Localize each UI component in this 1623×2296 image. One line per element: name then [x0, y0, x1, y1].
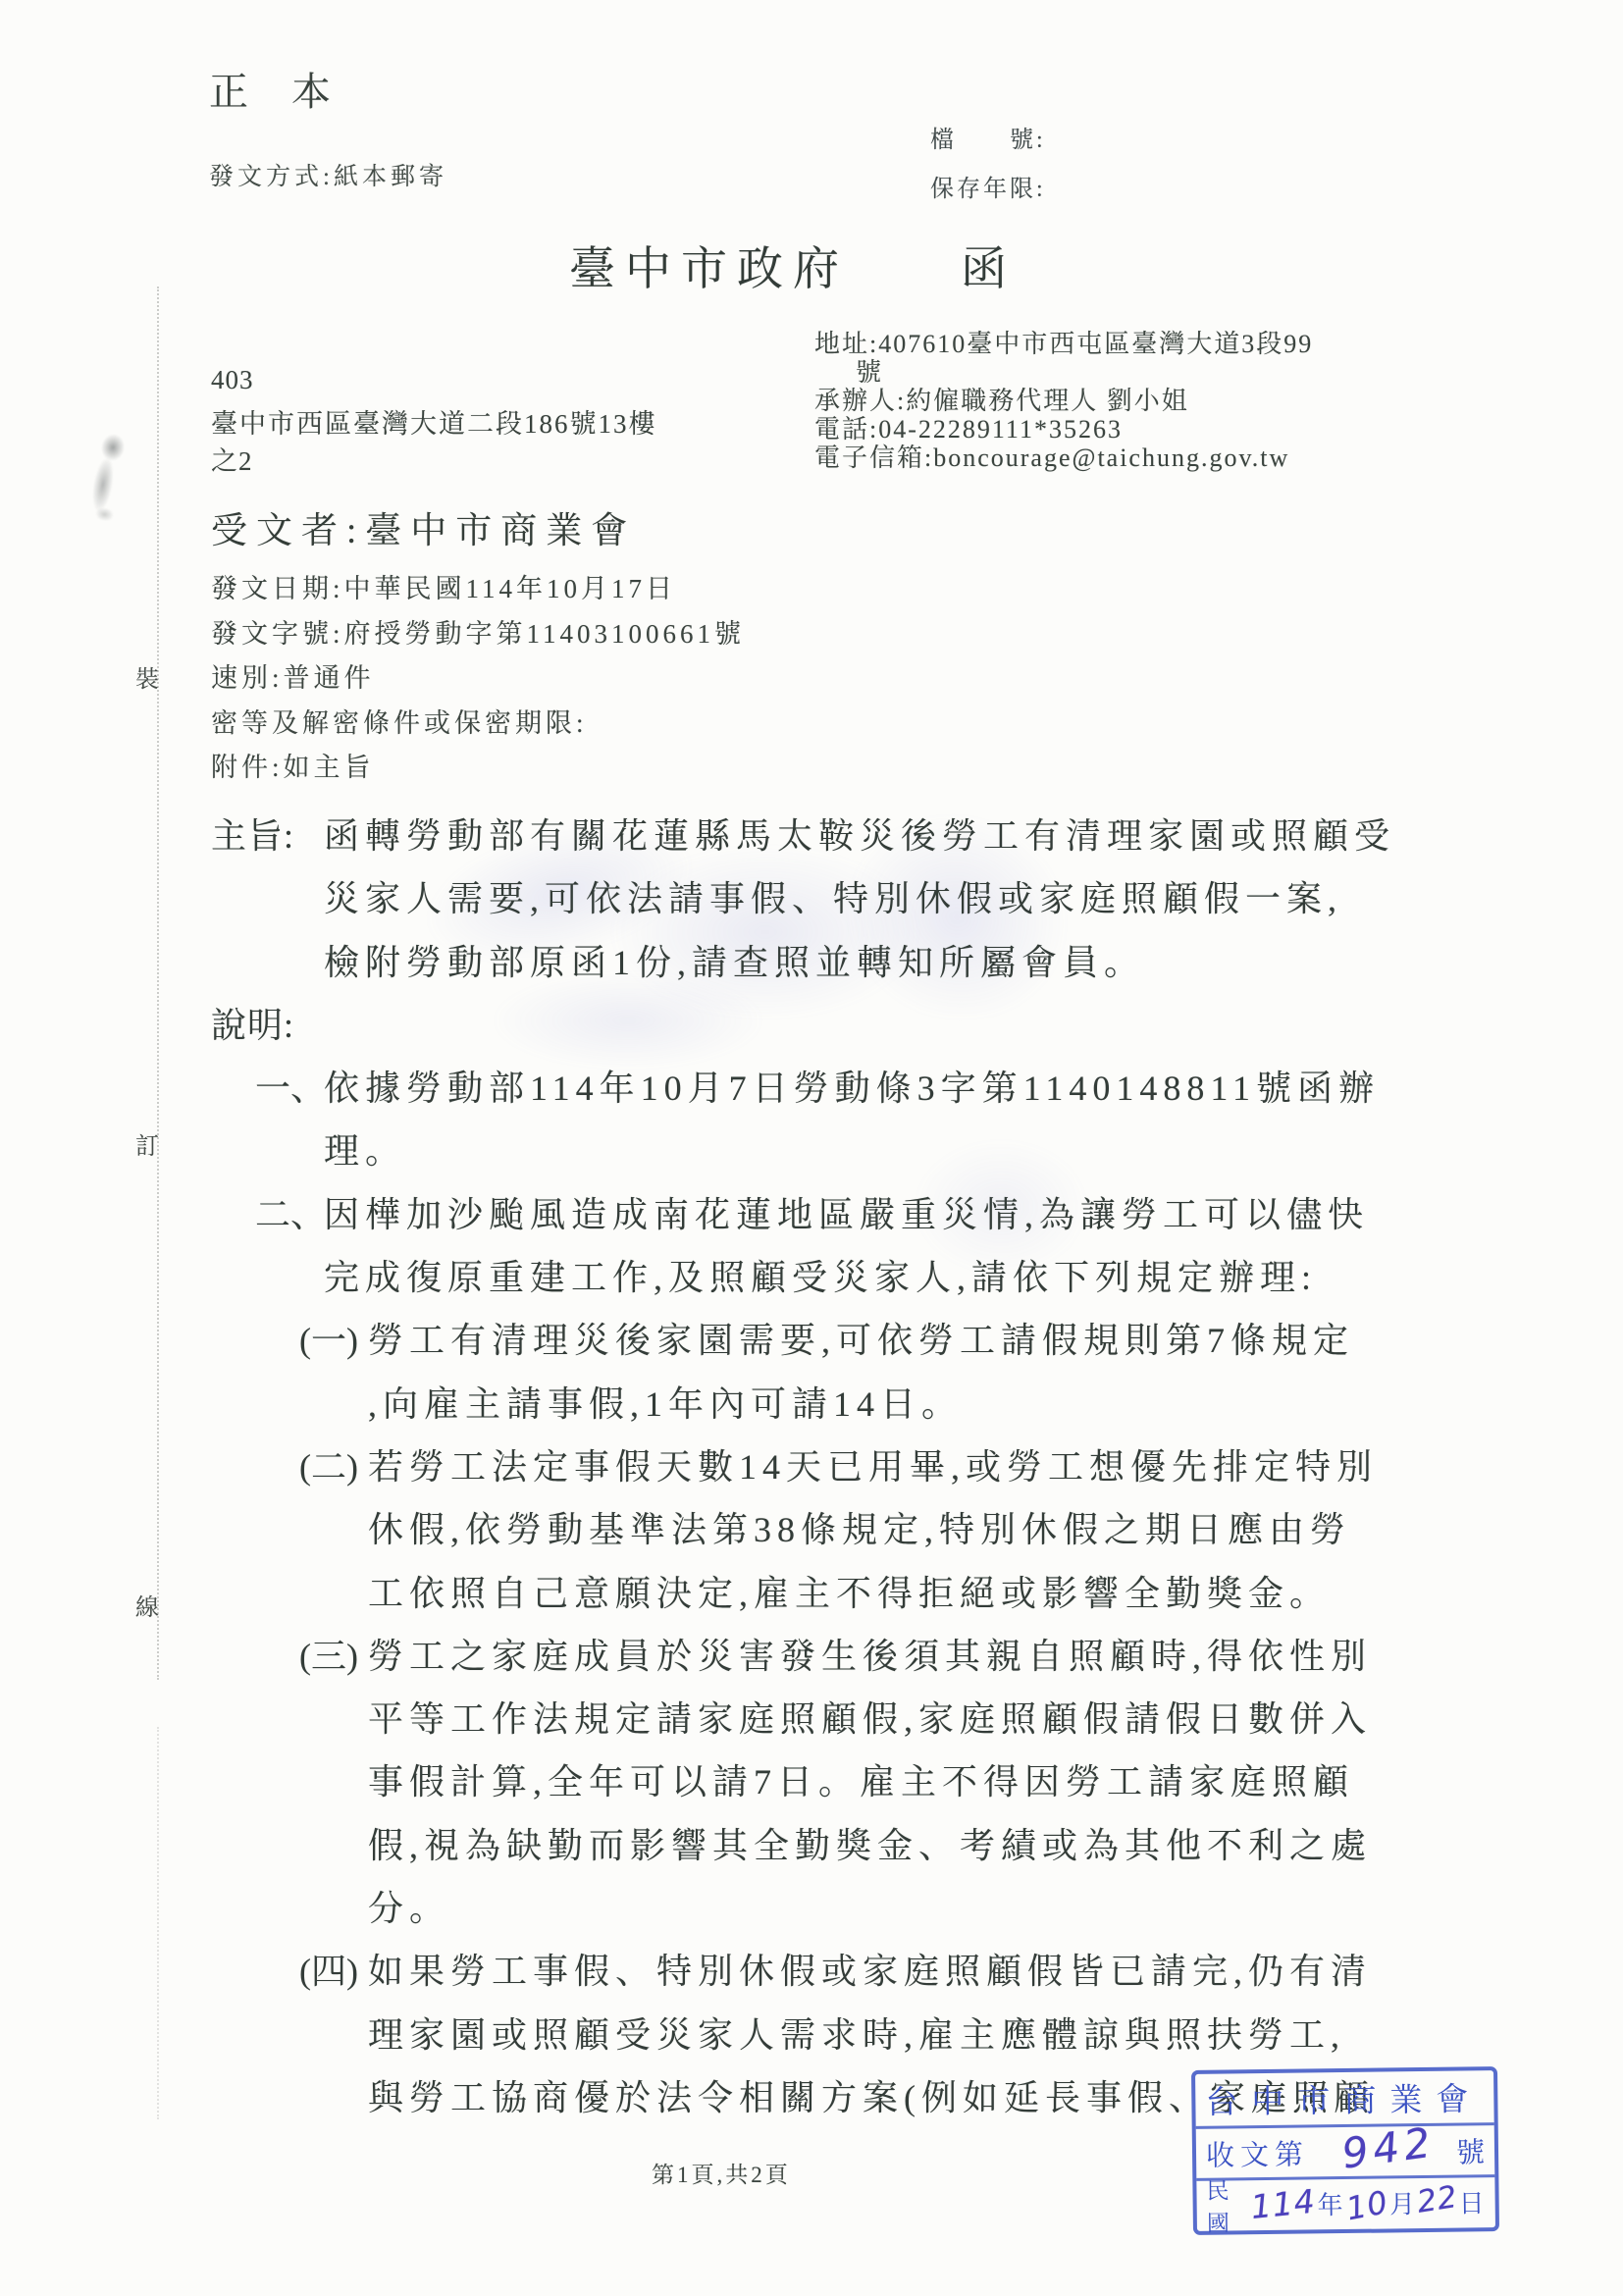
margin-mark-zhuang: 裝	[135, 659, 159, 694]
margin-mark-ding: 訂	[135, 1126, 159, 1161]
meta-priority: 速別:普通件	[211, 656, 745, 702]
list-marker: (四)	[299, 1940, 368, 2003]
document-title: 臺中市政府 函	[569, 233, 1017, 298]
recipient-zip: 403	[211, 365, 254, 395]
stamp-date-row: 民國 114 年 10 月 22 日	[1196, 2177, 1495, 2229]
sender-phone: 電話:04-22289111*35263	[814, 415, 1313, 444]
body-line: ,向雇主請事假,1年內可請14日。	[211, 1373, 1496, 1435]
body-line: 分。	[211, 1877, 1496, 1940]
document-meta-block: 發文日期:中華民國114年10月17日 發文字號:府授勞動字第114031006…	[211, 567, 745, 791]
copy-type-label: 正 本	[209, 61, 333, 117]
body-line: 理家園或照顧受災家人需求時,雇主應體諒與照扶勞工,	[211, 2004, 1496, 2066]
meta-attachment: 附件:如主旨	[211, 746, 745, 791]
sender-address-wrap: 號	[814, 358, 1313, 387]
recipient-address-line1: 臺中市西區臺灣大道二段186號13樓	[211, 402, 657, 441]
stamp-receive-suffix: 號	[1456, 2130, 1486, 2170]
body-line: 休假,依勞動基準法第38條規定,特別休假之期日應由勞	[211, 1498, 1496, 1561]
delivery-method-label: 發文方式:紙本郵寄	[209, 157, 447, 192]
sender-officer: 承辦人:約僱職務代理人 劉小姐	[814, 387, 1313, 415]
list-marker: 二、	[255, 1183, 324, 1246]
body-line: 主旨:函轉勞動部有關花蓮縣馬太鞍災後勞工有清理家園或照顧受	[211, 805, 1496, 867]
body-line: (四)如果勞工事假、特別休假或家庭照顧假皆已請完,仍有清	[211, 1940, 1496, 2003]
body-line: 完成復原重建工作,及照顧受災家人,請依下列規定辦理:	[211, 1246, 1496, 1309]
stamp-day-label: 日	[1458, 2183, 1485, 2219]
meta-issue-date: 發文日期:中華民國114年10月17日	[211, 567, 745, 612]
list-marker: (一)	[299, 1309, 368, 1372]
body-line: 平等工作法規定請家庭照顧假,家庭照顧假請假日數併入	[211, 1688, 1496, 1750]
body-line: 事假計算,全年可以請7日。雇主不得因勞工請家庭照顧	[211, 1750, 1496, 1813]
body-line: (二)若勞工法定事假天數14天已用畢,或勞工想優先排定特別	[211, 1435, 1496, 1498]
explanation-label: 說明:	[211, 994, 1496, 1057]
body-line: 二、因樺加沙颱風造成南花蓮地區嚴重災情,為讓勞工可以儘快	[211, 1183, 1496, 1246]
subject-text: 函轉勞動部有關花蓮縣馬太鞍災後勞工有清理家園或照顧受	[324, 816, 1395, 856]
list-marker: (三)	[299, 1625, 368, 1688]
letter-body: 主旨:函轉勞動部有關花蓮縣馬太鞍災後勞工有清理家園或照顧受 災家人需要,可依法請…	[211, 805, 1496, 2129]
recipient-line: 受文者:臺中市商業會	[211, 500, 636, 553]
body-line: 檢附勞動部原函1份,請查照並轉知所屬會員。	[211, 931, 1496, 994]
binding-dotted-line	[157, 1727, 159, 2119]
stamp-era-label: 民國	[1206, 2172, 1249, 2238]
scan-smudge-artifact	[83, 426, 133, 526]
recipient-address-line2: 之2	[211, 440, 253, 478]
sender-email: 電子信箱:boncourage@taichung.gov.tw	[814, 444, 1313, 472]
list-marker: (二)	[299, 1435, 368, 1498]
body-line: (三)勞工之家庭成員於災害發生後須其親自照顧時,得依性別	[211, 1625, 1496, 1688]
meta-doc-number: 發文字號:府授勞動字第11403100661號	[211, 612, 745, 657]
scanned-official-letter: 裝 訂 線 正 本 發文方式:紙本郵寄 檔 號: 保存年限: 臺中市政府 函 地…	[0, 0, 1623, 2296]
file-number-label: 檔 號:	[930, 120, 1046, 154]
stamp-year-handwritten: 114	[1249, 2182, 1318, 2226]
stamp-month-label: 月	[1389, 2184, 1416, 2220]
stamp-receive-prefix: 收文第	[1206, 2132, 1310, 2173]
body-line: 災家人需要,可依法請事假、特別休假或家庭照顧假一案,	[211, 867, 1496, 930]
margin-mark-xian: 線	[135, 1588, 159, 1622]
body-line: (一)勞工有清理災後家園需要,可依勞工請假規則第7條規定	[211, 1309, 1496, 1372]
stamp-year-label: 年	[1317, 2185, 1343, 2221]
body-line: 假,視為缺勤而影響其全勤獎金、考績或為其他不利之處	[211, 1814, 1496, 1877]
page-number-footer: 第1頁,共2頁	[652, 2157, 791, 2189]
stamp-org-row: 台中市商業會	[1195, 2070, 1494, 2129]
binding-dotted-line	[157, 287, 159, 1680]
body-line: 一、依據勞動部114年10月7日勞動條3字第1140148811號函辦	[211, 1057, 1496, 1120]
stamp-receive-number-handwritten: 942	[1339, 2117, 1439, 2177]
list-marker: 一、	[255, 1057, 324, 1120]
stamp-month-handwritten: 10	[1343, 2183, 1391, 2227]
subject-label: 主旨:	[211, 805, 324, 867]
retention-period-label: 保存年限:	[930, 169, 1046, 203]
receiving-stamp: 台中市商業會 收文第 942 號 民國 114 年 10 月 22 日	[1191, 2066, 1499, 2235]
stamp-day-handwritten: 22	[1414, 2178, 1459, 2219]
body-line: 理。	[211, 1120, 1496, 1182]
sender-contact-block: 地址:407610臺中市西屯區臺灣大道3段99 號 承辦人:約僱職務代理人 劉小…	[814, 330, 1313, 472]
sender-address: 地址:407610臺中市西屯區臺灣大道3段99	[814, 330, 1313, 358]
stamp-org-name: 台中市商業會	[1205, 2073, 1485, 2122]
body-line: 工依照自己意願決定,雇主不得拒絕或影響全勤獎金。	[211, 1562, 1496, 1625]
meta-security: 密等及解密條件或保密期限:	[211, 702, 745, 747]
